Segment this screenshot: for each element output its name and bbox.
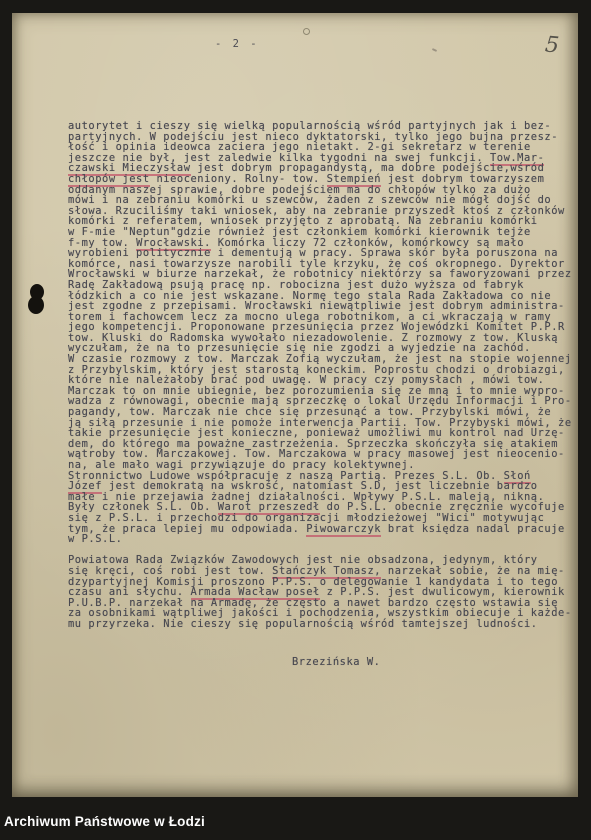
signature: Brzezińska W. <box>292 657 492 668</box>
red-underlined-text: Piwowarczyk <box>306 523 381 535</box>
small-circle-mark <box>303 28 310 35</box>
typed-line: się kręci, coś robi jest tow. Stańczyk T… <box>68 566 578 577</box>
typed-line: chłopów jest nieoceniony. Rolny- tow. St… <box>68 174 578 185</box>
typed-line: się z P.S.L. i przechodzi do organizacji… <box>68 513 578 524</box>
typed-line: Radę Zakładową psują pracę np. robocizna… <box>68 280 578 291</box>
pencil-speck <box>432 48 437 52</box>
typed-line: tym, że praca lepiej mu odpowiada. Piwow… <box>68 524 578 535</box>
typed-line: mu przyrzeka. Nie cieszy się popularnośc… <box>68 619 578 630</box>
typed-lines: autorytet i cieszy się wielką popularnoś… <box>68 121 578 630</box>
archive-watermark: Archiwum Państwowe w Łodzi <box>4 814 205 829</box>
typed-line: na, ale mało wagi przywiązuje do pracy k… <box>68 460 578 471</box>
typed-line: w P.S.L. <box>68 534 578 545</box>
ink-blot <box>28 284 46 315</box>
page-number: - 2 - <box>215 38 259 50</box>
handwritten-folio-number: 5 <box>544 34 560 57</box>
typed-line: autorytet i cieszy się wielką popularnoś… <box>68 121 578 132</box>
scanned-page: - 2 - 5 autorytet i cieszy się wielką po… <box>12 13 578 797</box>
typed-line: w F-mie "Neptun"gdzie również jest człon… <box>68 227 578 238</box>
